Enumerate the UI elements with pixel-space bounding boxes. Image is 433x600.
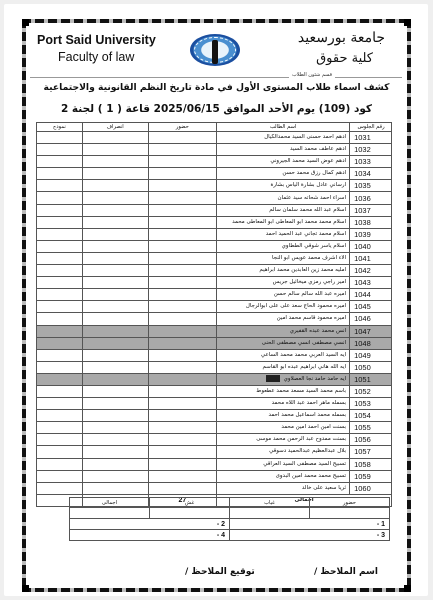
student-name: ايه حامد حامد نجا العصلاوي	[217, 373, 350, 385]
model-cell[interactable]	[37, 361, 83, 373]
departure-cell[interactable]	[82, 434, 148, 446]
student-name: اسلام عبد الله محمد سلمان سالم	[217, 204, 350, 216]
attendance-cell[interactable]	[148, 385, 217, 397]
table-row: 1057بلال عبدالعظيم عبدالحميد دسوقي	[37, 446, 392, 458]
seat-number: 1054	[350, 410, 392, 422]
seat-number: 1031	[350, 132, 392, 144]
departure-cell[interactable]	[82, 192, 148, 204]
model-cell[interactable]	[37, 180, 83, 192]
observer-name-label: اسم الملاحظ /	[314, 567, 378, 577]
university-name-en: Port Said University	[37, 33, 156, 47]
border-corner	[22, 19, 29, 26]
student-name: اسلام محمد تجاني عبد الحميد احمد	[217, 228, 350, 240]
summary-col-total: اجمالى	[70, 498, 150, 508]
departure-cell[interactable]	[82, 482, 148, 494]
model-cell[interactable]	[37, 398, 83, 410]
seat-number: 1046	[350, 313, 392, 325]
table-header-row: رقم الجلوس اسم الطالب حضور انصراف نموذج	[37, 123, 392, 132]
model-cell[interactable]	[37, 325, 83, 337]
divider	[30, 77, 402, 78]
model-cell[interactable]	[37, 204, 83, 216]
summary-values-row	[70, 508, 390, 519]
attendance-cell[interactable]	[148, 228, 217, 240]
table-row: 1039اسلام محمد تجاني عبد الحميد احمد	[37, 228, 392, 240]
table-row: 1033ادهم عوض السيد محمد الجيروني	[37, 156, 392, 168]
table-row: 1040اسلام ياسر شوقي الططاوي	[37, 240, 392, 252]
student-name: ايه السيد العربي محمد محمد الساعي	[217, 349, 350, 361]
faculty-name-en: Faculty of law	[58, 50, 134, 64]
model-cell[interactable]	[37, 470, 83, 482]
student-name: اميره عبد الله سالم سالم حسن	[217, 289, 350, 301]
student-name: بسمله ماهر احمد عبد اللاه محمد	[217, 398, 350, 410]
departure-cell[interactable]	[82, 204, 148, 216]
col-model: نموذج	[37, 123, 83, 132]
students-table: رقم الجلوس اسم الطالب حضور انصراف نموذج …	[36, 122, 392, 507]
departure-cell[interactable]	[82, 301, 148, 313]
student-name: تسبيح السيد مصطفى السيد العراقي	[217, 458, 350, 470]
model-cell[interactable]	[37, 446, 83, 458]
model-cell[interactable]	[37, 252, 83, 264]
model-cell[interactable]	[37, 301, 83, 313]
attendance-cell[interactable]	[148, 482, 217, 494]
model-cell[interactable]	[37, 313, 83, 325]
departure-cell[interactable]	[82, 398, 148, 410]
student-name: تسبيح محمد محمد امين البدوى	[217, 470, 350, 482]
faculty-name-ar: كلية حقوق	[316, 51, 373, 66]
col-departure: انصراف	[82, 123, 148, 132]
model-cell[interactable]	[37, 132, 83, 144]
col-seat-number: رقم الجلوس	[350, 123, 392, 132]
model-cell[interactable]	[37, 265, 83, 277]
student-name: بسمله محمد اسماعيل محمد احمد	[217, 410, 350, 422]
attendance-cell[interactable]	[148, 410, 217, 422]
border-corner	[404, 585, 411, 592]
student-name: ادهم احمد حسنى السيد محمدالكيال	[217, 132, 350, 144]
attendance-cell[interactable]	[148, 132, 217, 144]
student-name: اسلام ياسر شوقي الططاوي	[217, 240, 350, 252]
summary-table: حضور غياب غش اجمالى 1 - 2 - 3 - 4 -	[69, 497, 390, 541]
attendance-cell[interactable]	[148, 156, 217, 168]
departure-cell[interactable]	[82, 337, 148, 349]
seat-number: 1032	[350, 144, 392, 156]
model-cell[interactable]	[37, 385, 83, 397]
model-cell[interactable]	[37, 168, 83, 180]
seat-number: 1034	[350, 168, 392, 180]
attendance-cell[interactable]	[148, 289, 217, 301]
model-cell[interactable]	[37, 289, 83, 301]
summary-item: 1 -	[230, 519, 390, 530]
departure-cell[interactable]	[82, 289, 148, 301]
student-name: ثريا سعيد على خالد	[217, 482, 350, 494]
model-cell[interactable]	[37, 422, 83, 434]
col-attendance: حضور	[148, 123, 217, 132]
seat-number: 1042	[350, 265, 392, 277]
model-cell[interactable]	[37, 156, 83, 168]
student-name: بسنت امين احمد امين محمد	[217, 422, 350, 434]
departure-cell[interactable]	[82, 228, 148, 240]
student-name: ادهم عوض السيد محمد الجيروني	[217, 156, 350, 168]
seat-number: 1035	[350, 180, 392, 192]
summary-absent-value[interactable]	[230, 508, 310, 519]
exam-details: كود (109) يوم الأحد الموافق 2025/06/15 ق…	[0, 103, 433, 115]
observer-signature-label: توقيع الملاحظ /	[185, 567, 255, 577]
attendance-cell[interactable]	[148, 313, 217, 325]
summary-item: 4 -	[70, 530, 230, 541]
summary-item: 2 -	[70, 519, 230, 530]
student-name: بسنت ممدوح عبد الرحمن محمد موسى	[217, 434, 350, 446]
model-cell[interactable]	[37, 144, 83, 156]
seat-number: 1055	[350, 422, 392, 434]
seat-number: 1044	[350, 289, 392, 301]
summary-item-row: 1 - 2 -	[70, 519, 390, 530]
summary-item-row: 3 - 4 -	[70, 530, 390, 541]
table-row: 1044اميره عبد الله سالم سالم حسن	[37, 289, 392, 301]
redacted-block	[266, 375, 280, 382]
attendance-cell[interactable]	[148, 252, 217, 264]
table-row: 1050ايه الله هاني ابراهيم عبده ابو القاس…	[37, 361, 392, 373]
department-label: قسم شئون الطلاب	[289, 72, 335, 78]
model-cell[interactable]	[37, 240, 83, 252]
student-name: الاء اشرف محمد عويس ابو النجا	[217, 252, 350, 264]
seat-number: 1057	[350, 446, 392, 458]
seat-number: 1045	[350, 301, 392, 313]
student-name: ادهم كمال رزق محمد حسن	[217, 168, 350, 180]
attendance-cell[interactable]	[148, 349, 217, 361]
summary-col-present: حضور	[310, 498, 390, 508]
table-row: 1045اميره محمود الحاج سعد على على ابوالر…	[37, 301, 392, 313]
departure-cell[interactable]	[82, 180, 148, 192]
table-row: 1059تسبيح محمد محمد امين البدوى	[37, 470, 392, 482]
table-row: 1038اسلام محمد محمد ابو المعاطى ابو المع…	[37, 216, 392, 228]
seat-number: 1036	[350, 192, 392, 204]
departure-cell[interactable]	[82, 277, 148, 289]
attendance-cell[interactable]	[148, 325, 217, 337]
student-name: اميره محمود الحاج سعد على على ابوالرجال	[217, 301, 350, 313]
seat-number: 1038	[350, 216, 392, 228]
departure-cell[interactable]	[82, 470, 148, 482]
table-row: 1046اميره محمود قاسم محمد امين	[37, 313, 392, 325]
departure-cell[interactable]	[82, 216, 148, 228]
table-row: 1031ادهم احمد حسنى السيد محمدالكيال	[37, 132, 392, 144]
border-corner	[22, 585, 29, 592]
departure-cell[interactable]	[82, 373, 148, 385]
seat-number: 1041	[350, 252, 392, 264]
attendance-cell[interactable]	[148, 373, 217, 385]
seat-number: 1060	[350, 482, 392, 494]
table-row: 1048انسي مصطفى انسي مصطفى الحنى	[37, 337, 392, 349]
attendance-cell[interactable]	[148, 144, 217, 156]
seat-number: 1050	[350, 361, 392, 373]
departure-cell[interactable]	[82, 313, 148, 325]
table-row: 1032ادهم عاطف محمد السيد	[37, 144, 392, 156]
seat-number: 1059	[350, 470, 392, 482]
seat-number: 1051	[350, 373, 392, 385]
model-cell[interactable]	[37, 373, 83, 385]
summary-total-value[interactable]	[70, 508, 150, 519]
model-cell[interactable]	[37, 337, 83, 349]
summary-header-row: حضور غياب غش اجمالى	[70, 498, 390, 508]
university-seal-icon	[190, 34, 240, 66]
student-name: امير راجي رمزي ميخائيل جريس	[217, 277, 350, 289]
student-name: اسلام محمد محمد ابو المعاطى ابو المعاطى …	[217, 216, 350, 228]
model-cell[interactable]	[37, 434, 83, 446]
student-name: اميره محمود قاسم محمد امين	[217, 313, 350, 325]
table-row: 1034ادهم كمال رزق محمد حسن	[37, 168, 392, 180]
model-cell[interactable]	[37, 277, 83, 289]
border-corner	[404, 19, 411, 26]
summary-item: 3 -	[230, 530, 390, 541]
table-row: 1060ثريا سعيد على خالد	[37, 482, 392, 494]
attendance-cell[interactable]	[148, 398, 217, 410]
departure-cell[interactable]	[82, 361, 148, 373]
table-row: 1035ارساني عادل بشارة الياس بشارة	[37, 180, 392, 192]
model-cell[interactable]	[37, 458, 83, 470]
table-row: 1051ايه حامد حامد نجا العصلاوي	[37, 373, 392, 385]
seat-number: 1048	[350, 337, 392, 349]
attendance-cell[interactable]	[148, 240, 217, 252]
table-row: 1049ايه السيد العربي محمد محمد الساعي	[37, 349, 392, 361]
col-student-name: اسم الطالب	[217, 123, 350, 132]
seat-number: 1040	[350, 240, 392, 252]
attendance-cell[interactable]	[148, 337, 217, 349]
departure-cell[interactable]	[82, 265, 148, 277]
seat-number: 1053	[350, 398, 392, 410]
departure-cell[interactable]	[82, 240, 148, 252]
seat-number: 1037	[350, 204, 392, 216]
student-name: ادهم عاطف محمد السيد	[217, 144, 350, 156]
table-row: 1047انس محمد عبده القفيري	[37, 325, 392, 337]
departure-cell[interactable]	[82, 410, 148, 422]
seat-number: 1039	[350, 228, 392, 240]
document-title: كشف اسماء طلاب المستوى الأول في مادة تار…	[0, 82, 433, 93]
seat-number: 1043	[350, 277, 392, 289]
table-row: 1056بسنت ممدوح عبد الرحمن محمد موسى	[37, 434, 392, 446]
model-cell[interactable]	[37, 216, 83, 228]
attendance-cell[interactable]	[148, 265, 217, 277]
departure-cell[interactable]	[82, 144, 148, 156]
model-cell[interactable]	[37, 192, 83, 204]
seat-number: 1047	[350, 325, 392, 337]
attendance-cell[interactable]	[148, 470, 217, 482]
summary-col-cheating: غش	[150, 498, 230, 508]
model-cell[interactable]	[37, 410, 83, 422]
departure-cell[interactable]	[82, 168, 148, 180]
seat-number: 1058	[350, 458, 392, 470]
attendance-cell[interactable]	[148, 446, 217, 458]
attendance-cell[interactable]	[148, 216, 217, 228]
summary-col-absent: غياب	[230, 498, 310, 508]
attendance-cell[interactable]	[148, 301, 217, 313]
table-row: 1036اسراء احمد شحاته سيد عثمان	[37, 192, 392, 204]
summary-cheating-value[interactable]	[150, 508, 230, 519]
table-row: 1058تسبيح السيد مصطفى السيد العراقي	[37, 458, 392, 470]
departure-cell[interactable]	[82, 385, 148, 397]
table-row: 1041الاء اشرف محمد عويس ابو النجا	[37, 252, 392, 264]
attendance-cell[interactable]	[148, 434, 217, 446]
departure-cell[interactable]	[82, 325, 148, 337]
student-name: اسراء احمد شحاته سيد عثمان	[217, 192, 350, 204]
seat-number: 1033	[350, 156, 392, 168]
attendance-cell[interactable]	[148, 361, 217, 373]
attendance-cell[interactable]	[148, 168, 217, 180]
student-name: بلال عبدالعظيم عبدالحميد دسوقي	[217, 446, 350, 458]
departure-cell[interactable]	[82, 252, 148, 264]
departure-cell[interactable]	[82, 132, 148, 144]
student-name: ارساني عادل بشارة الياس بشارة	[217, 180, 350, 192]
attendance-cell[interactable]	[148, 180, 217, 192]
university-name-ar: جامعة بورسعيد	[298, 30, 385, 46]
student-name: ايه الله هاني ابراهيم عبده ابو القاسم	[217, 361, 350, 373]
lighthouse-icon	[212, 40, 218, 64]
table-row: 1037اسلام عبد الله محمد سلمان سالم	[37, 204, 392, 216]
seat-number: 1056	[350, 434, 392, 446]
attendance-cell[interactable]	[148, 422, 217, 434]
model-cell[interactable]	[37, 228, 83, 240]
table-row: 1054بسمله محمد اسماعيل محمد احمد	[37, 410, 392, 422]
model-cell[interactable]	[37, 482, 83, 494]
departure-cell[interactable]	[82, 422, 148, 434]
seat-number: 1049	[350, 349, 392, 361]
student-name: امليه محمد زين العابدين محمد ابراهيم	[217, 265, 350, 277]
model-cell[interactable]	[37, 349, 83, 361]
table-row: 1042امليه محمد زين العابدين محمد ابراهيم	[37, 265, 392, 277]
student-name: انسي مصطفى انسي مصطفى الحنى	[217, 337, 350, 349]
student-name-text: ايه حامد حامد نجا العصلاوي	[284, 376, 346, 382]
attendance-cell[interactable]	[148, 277, 217, 289]
student-name: باسم محمد السيد مسعد محمد عطعوط	[217, 385, 350, 397]
attendance-cell[interactable]	[148, 458, 217, 470]
departure-cell[interactable]	[82, 458, 148, 470]
table-row: 1053بسمله ماهر احمد عبد اللاه محمد	[37, 398, 392, 410]
table-row: 1043امير راجي رمزي ميخائيل جريس	[37, 277, 392, 289]
table-row: 1052باسم محمد السيد مسعد محمد عطعوط	[37, 385, 392, 397]
departure-cell[interactable]	[82, 156, 148, 168]
seat-number: 1052	[350, 385, 392, 397]
departure-cell[interactable]	[82, 446, 148, 458]
student-name: انس محمد عبده القفيري	[217, 325, 350, 337]
table-row: 1055بسنت امين احمد امين محمد	[37, 422, 392, 434]
departure-cell[interactable]	[82, 349, 148, 361]
attendance-cell[interactable]	[148, 192, 217, 204]
attendance-cell[interactable]	[148, 204, 217, 216]
summary-present-value[interactable]	[310, 508, 390, 519]
